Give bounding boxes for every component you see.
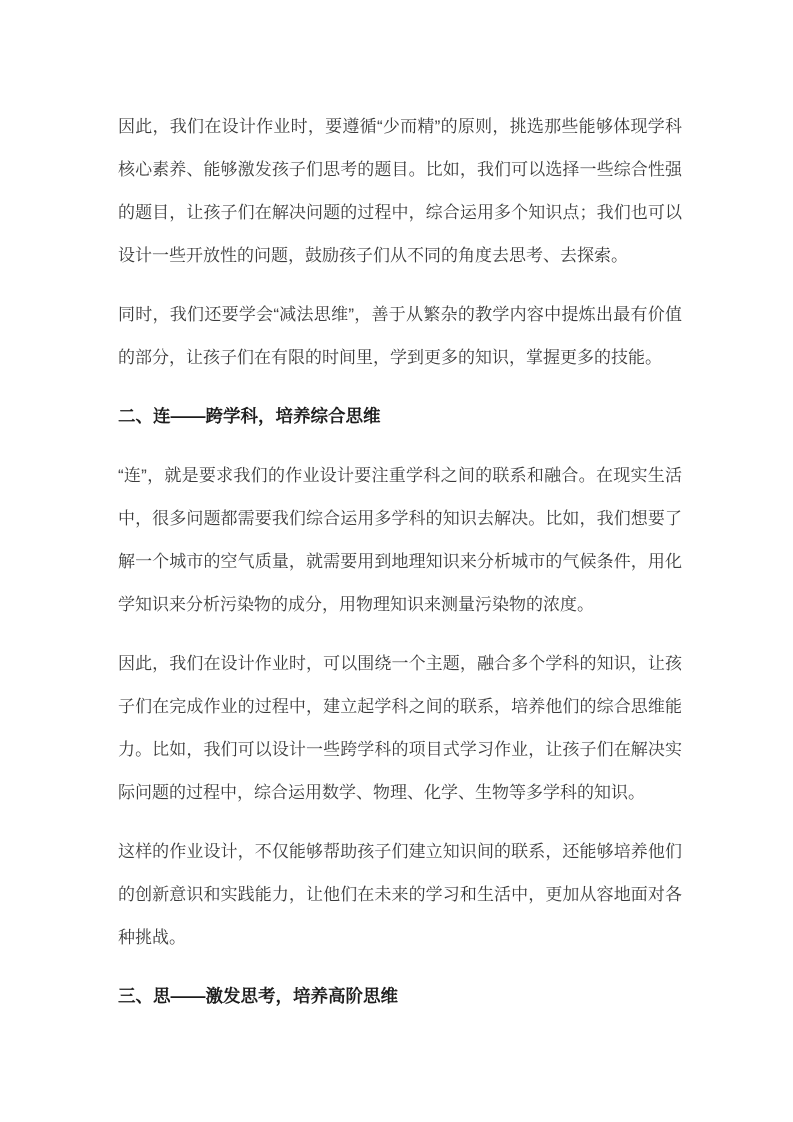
paragraph: 这样的作业设计，不仅能够帮助孩子们建立知识间的联系，还能够培养他们的创新意识和实… [118,830,682,959]
section-heading: 二、连——跨学科，培养综合思维 [118,395,682,438]
paragraph: 因此，我们在设计作业时，可以围绕一个主题，融合多个学科的知识，让孩子们在完成作业… [118,642,682,814]
paragraph: 同时，我们还要学会“减法思维”，善于从繁杂的教学内容中提炼出最有价值的部分，让孩… [118,293,682,379]
document-text-column: 因此，我们在设计作业时，要遵循“少而精”的原则，挑选那些能够体现学科核心素养、能… [118,105,682,1034]
document-page: 因此，我们在设计作业时，要遵循“少而精”的原则，挑选那些能够体现学科核心素养、能… [0,0,793,1122]
paragraph: 因此，我们在设计作业时，要遵循“少而精”的原则，挑选那些能够体现学科核心素养、能… [118,105,682,277]
section-heading: 三、思——激发思考，培养高阶思维 [118,975,682,1018]
paragraph: “连”，就是要求我们的作业设计要注重学科之间的联系和融合。在现实生活中，很多问题… [118,454,682,626]
